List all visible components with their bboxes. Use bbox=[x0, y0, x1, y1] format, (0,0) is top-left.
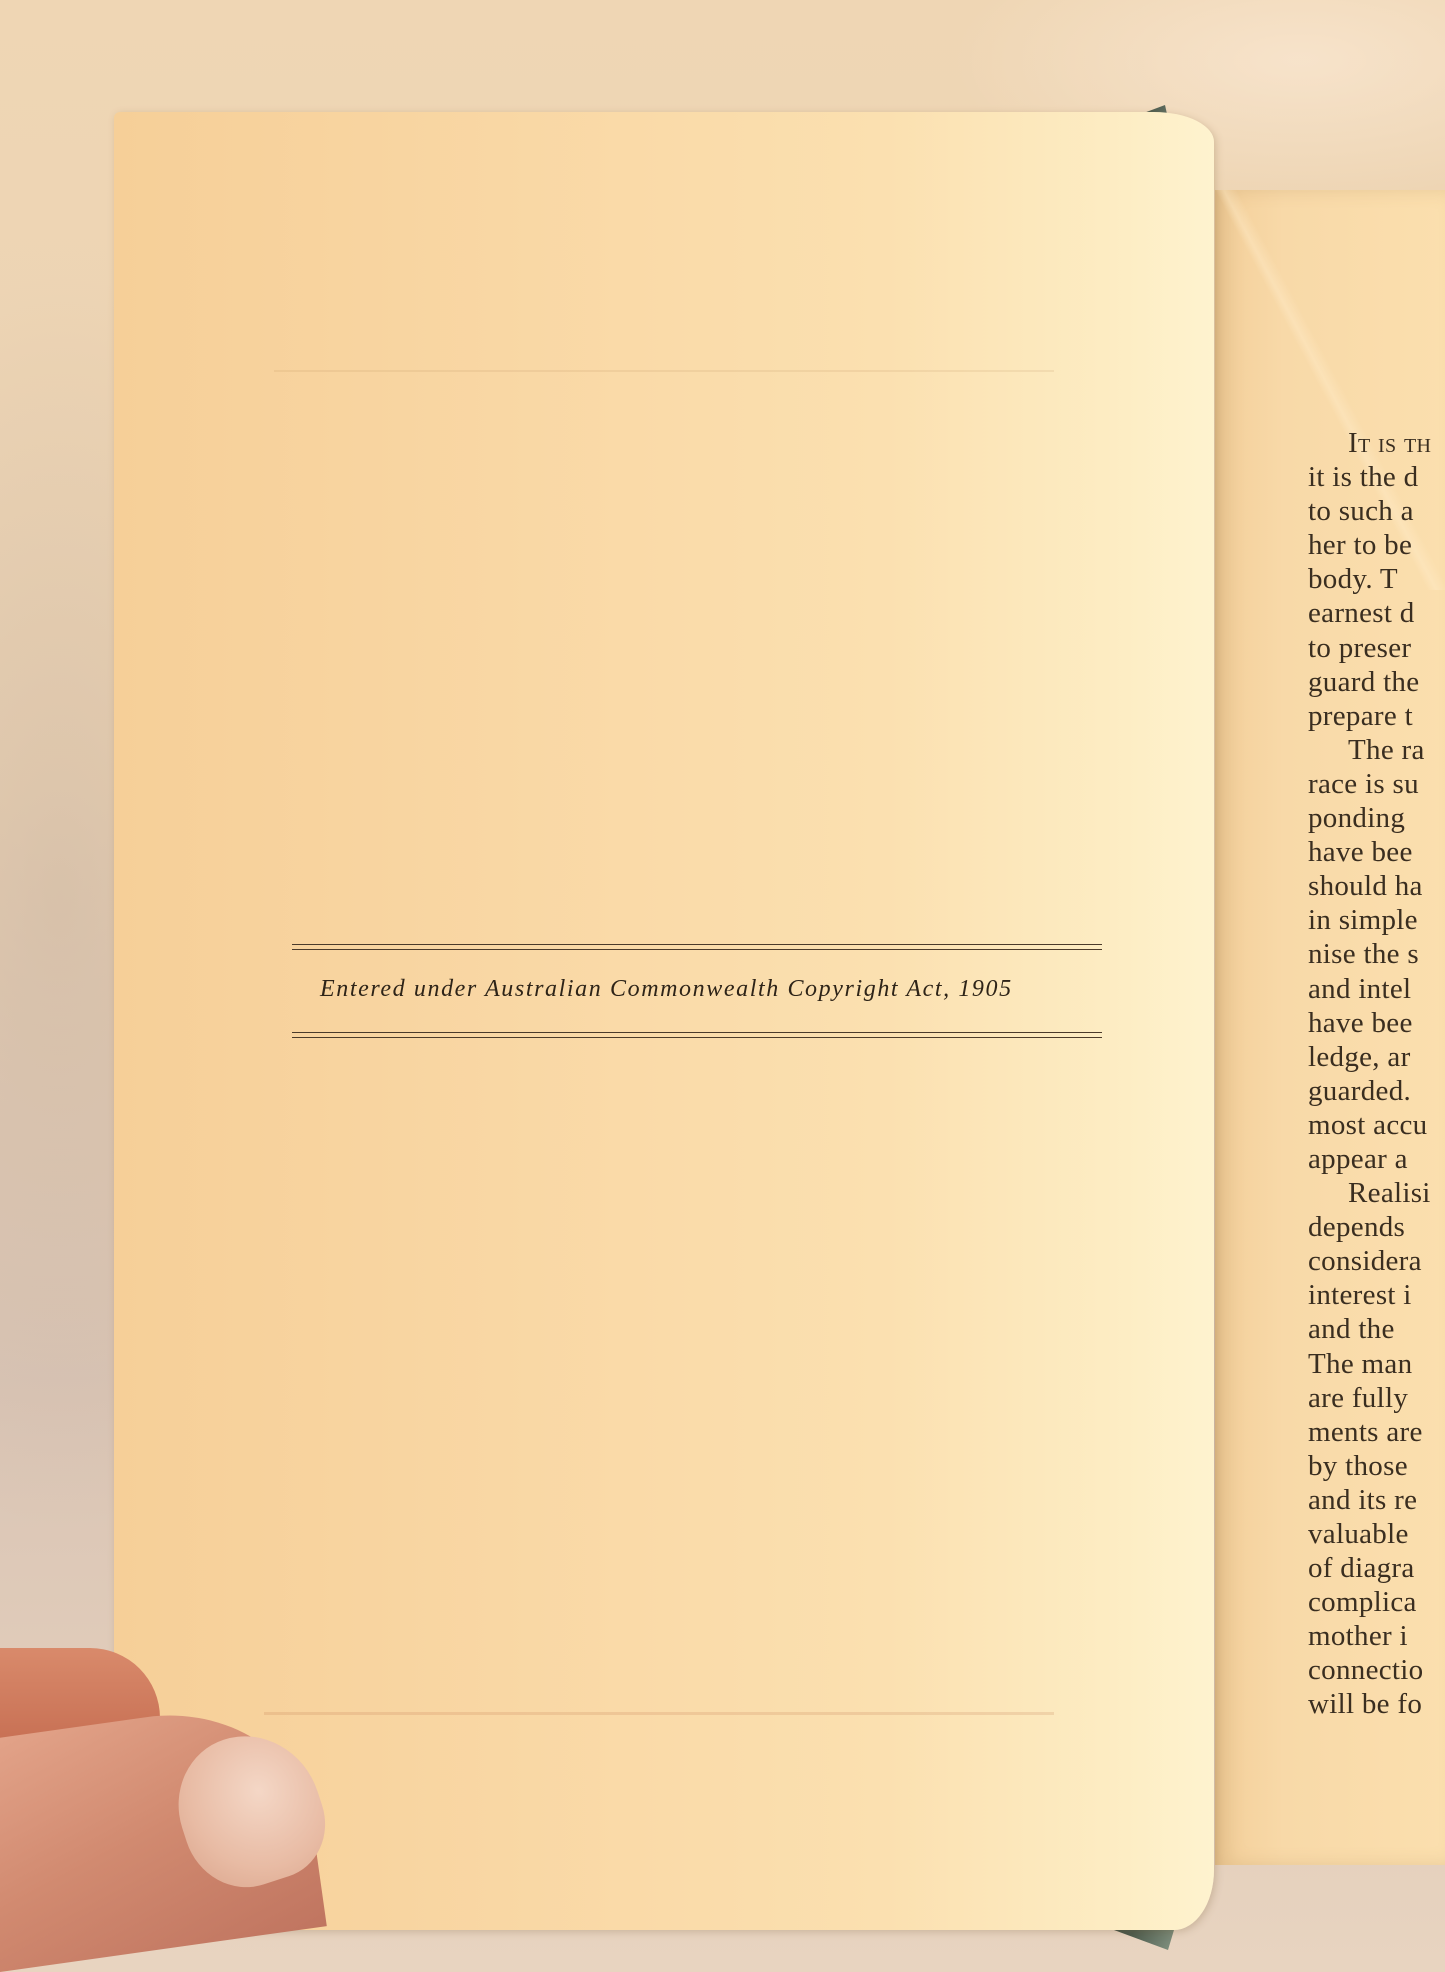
preface-line: ments are bbox=[1308, 1415, 1445, 1449]
preface-line: have bee bbox=[1308, 1006, 1445, 1040]
preface-line: earnest d bbox=[1308, 596, 1445, 630]
preface-line: guard the bbox=[1308, 665, 1445, 699]
double-rule-bottom bbox=[292, 1032, 1102, 1038]
preface-line: considera bbox=[1308, 1244, 1445, 1278]
preface-line: to such a bbox=[1308, 494, 1445, 528]
preface-line: are fully bbox=[1308, 1381, 1445, 1415]
preface-line: most accu bbox=[1308, 1108, 1445, 1142]
preface-line: valuable bbox=[1308, 1517, 1445, 1551]
preface-line: body. T bbox=[1308, 562, 1445, 596]
preface-line: will be fo bbox=[1308, 1687, 1445, 1721]
preface-line: appear a bbox=[1308, 1142, 1445, 1176]
copyright-notice: Entered under Australian Commonwealth Co… bbox=[320, 976, 1100, 1003]
preface-line: and its re bbox=[1308, 1483, 1445, 1517]
show-through-rule bbox=[274, 370, 1054, 372]
preface-line: guarded. bbox=[1308, 1074, 1445, 1108]
preface-line: ponding bbox=[1308, 801, 1445, 835]
preface-line: to preser bbox=[1308, 631, 1445, 665]
preface-line: nise the s bbox=[1308, 937, 1445, 971]
preface-text: It is thit is the dto such aher to bebod… bbox=[1308, 426, 1445, 1722]
preface-line: it is the d bbox=[1308, 460, 1445, 494]
preface-line: of diagra bbox=[1308, 1551, 1445, 1585]
double-rule-top bbox=[292, 944, 1102, 950]
preface-line: interest i bbox=[1308, 1278, 1445, 1312]
preface-line: complica bbox=[1308, 1585, 1445, 1619]
left-page: Entered under Australian Commonwealth Co… bbox=[114, 112, 1214, 1930]
copyright-block: Entered under Australian Commonwealth Co… bbox=[292, 944, 1102, 1044]
preface-line: The man bbox=[1308, 1347, 1445, 1381]
preface-line: depends bbox=[1308, 1210, 1445, 1244]
preface-line: by those bbox=[1308, 1449, 1445, 1483]
preface-line: The ra bbox=[1308, 733, 1445, 767]
right-page: It is thit is the dto such aher to bebod… bbox=[1215, 190, 1445, 1865]
preface-line: and intel bbox=[1308, 972, 1445, 1006]
show-through-rule-bottom bbox=[264, 1712, 1054, 1715]
preface-line: connectio bbox=[1308, 1653, 1445, 1687]
preface-line: mother i bbox=[1308, 1619, 1445, 1653]
preface-line: in simple bbox=[1308, 903, 1445, 937]
preface-line: ledge, ar bbox=[1308, 1040, 1445, 1074]
preface-line: prepare t bbox=[1308, 699, 1445, 733]
preface-line: have bee bbox=[1308, 835, 1445, 869]
drop-smallcaps: It is th bbox=[1348, 427, 1431, 459]
preface-line: her to be bbox=[1308, 528, 1445, 562]
preface-line: It is th bbox=[1308, 426, 1445, 460]
preface-line: Realisi bbox=[1308, 1176, 1445, 1210]
preface-line: and the bbox=[1308, 1312, 1445, 1346]
preface-line: should ha bbox=[1308, 869, 1445, 903]
preface-line: race is su bbox=[1308, 767, 1445, 801]
